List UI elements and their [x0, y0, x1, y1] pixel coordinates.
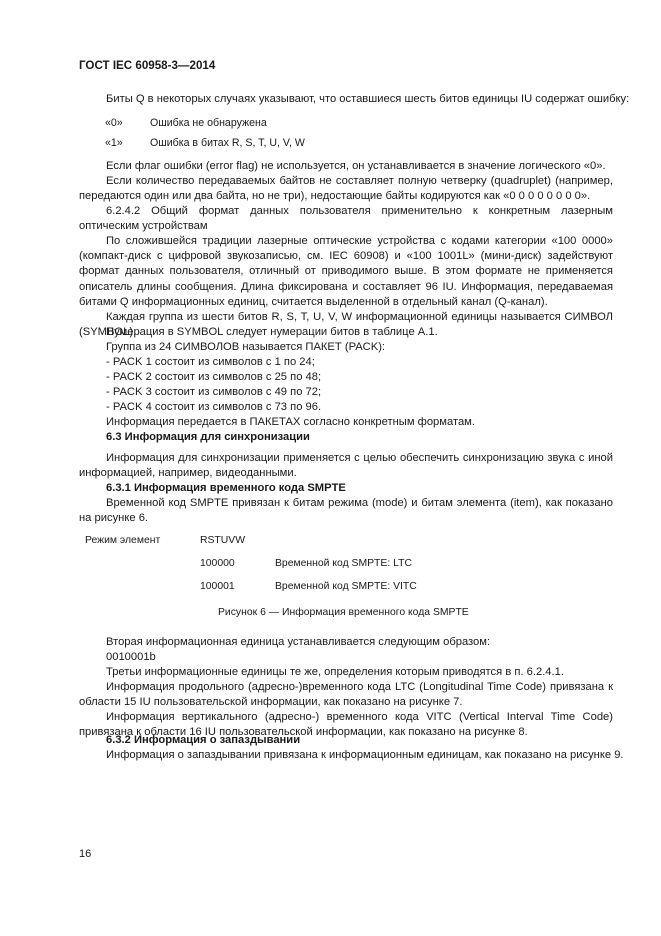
- paragraph-numbering: Нумерация в SYMBOL следует нумерации бит…: [106, 325, 438, 340]
- figure-row-desc: Временной код SMPTE: LTC: [275, 558, 412, 569]
- paragraph-quadruplet: Если количество передаваемых байтов не с…: [79, 174, 613, 204]
- paragraph-second-iu-value: 0010001b: [106, 650, 156, 665]
- pack-list-item: - PACK 3 состоит из символов с 49 по 72;: [106, 385, 321, 400]
- paragraph-pack: Группа из 24 СИМВОЛОВ называется ПАКЕТ (…: [106, 340, 385, 355]
- section-6-3-1-heading: 6.3.1 Информация временного кода SMPTE: [106, 481, 346, 496]
- intro-paragraph: Биты Q в некоторых случаях указывают, чт…: [106, 92, 629, 107]
- figure-left-label: Режим элемент: [85, 535, 160, 546]
- figure-row-code: 100001: [200, 581, 235, 592]
- section-6-3-2-heading: 6.3.2 Информация о запаздывании: [106, 733, 300, 748]
- pack-list-item: - PACK 2 состоит из символов с 25 по 48;: [106, 370, 321, 385]
- section-6-3-heading: 6.3 Информация для синхронизации: [106, 430, 310, 445]
- paragraph-tradition: По сложившейся традиции лазерные оптичес…: [79, 234, 613, 310]
- paragraph-error-flag: Если флаг ошибки (error flag) не использ…: [79, 159, 613, 174]
- error-code-label: «1»: [105, 137, 123, 149]
- pack-list-item: - PACK 4 состоит из символов с 73 по 96.: [106, 400, 321, 415]
- error-code-text: Ошибка не обнаружена: [150, 117, 267, 129]
- figure-caption: Рисунок 6 — Информация временного кода S…: [218, 607, 469, 618]
- section-6-3-2-body: Информация о запаздывании привязана к ин…: [106, 748, 624, 763]
- paragraph-pack-footer: Информация передается в ПАКЕТАХ согласно…: [106, 415, 475, 430]
- document-header: ГОСТ IEC 60958-3—2014: [79, 59, 215, 72]
- error-code-label: «0»: [105, 117, 123, 129]
- paragraph-third-iu: Третьи информационные единицы те же, опр…: [106, 665, 564, 680]
- section-6-2-4-2-title: 6.2.4.2 Общий формат данных пользователя…: [79, 204, 613, 234]
- figure-row-desc: Временной код SMPTE: VITC: [275, 581, 417, 592]
- section-6-3-body: Информация для синхронизации применяется…: [79, 451, 613, 481]
- section-6-3-1-body: Временной код SMPTE привязан к битам реж…: [79, 496, 613, 526]
- paragraph-second-iu: Вторая информационная единица устанавлив…: [106, 635, 490, 650]
- figure-row-code: 100000: [200, 558, 235, 569]
- paragraph-ltc: Информация продольного (адресно-)временн…: [79, 680, 613, 710]
- error-code-text: Ошибка в битах R, S, T, U, V, W: [150, 137, 305, 149]
- figure-column-header: RSTUVW: [200, 535, 245, 546]
- pack-list-item: - PACK 1 состоит из символов с 1 по 24;: [106, 355, 315, 370]
- page-number: 16: [79, 848, 91, 860]
